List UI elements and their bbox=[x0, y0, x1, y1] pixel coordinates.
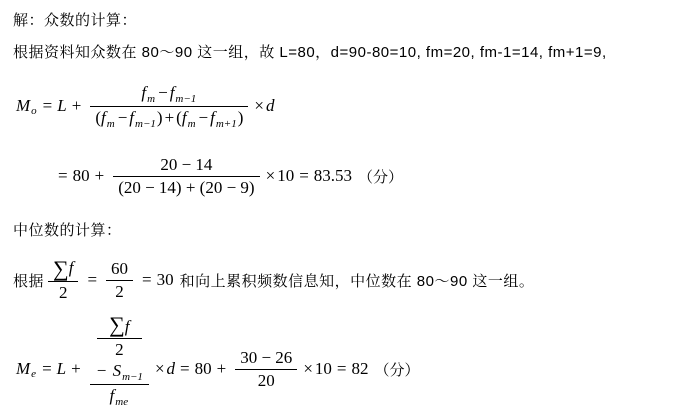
math-sub: m−1 bbox=[134, 118, 157, 130]
median-heading: 中位数的计算： bbox=[13, 219, 122, 240]
times-op: × bbox=[264, 166, 278, 186]
solution-document: 解：众数的计算： 根据资料知众数在 80～90 这一组，故 L=80，d=90-… bbox=[0, 0, 679, 412]
numerator: ∑f bbox=[48, 257, 78, 281]
math-value: 80 bbox=[195, 359, 212, 379]
denominator: (20 − 14) + (20 − 9) bbox=[113, 177, 259, 199]
math-var-f: f bbox=[125, 317, 130, 336]
math-sub: m bbox=[146, 93, 156, 105]
numerator: 60 bbox=[106, 258, 133, 280]
plus-op: + bbox=[90, 166, 110, 186]
plus-op: + bbox=[67, 96, 87, 116]
fraction: ∑f 2 bbox=[48, 257, 78, 304]
paren: ) bbox=[157, 108, 163, 127]
equals-op: = bbox=[294, 166, 314, 186]
reason-suffix: 和向上累积频数信息知，中位数在 80～90 这一组。 bbox=[174, 270, 535, 291]
minus-op: − bbox=[197, 108, 211, 127]
mode-symbol: M bbox=[16, 96, 30, 116]
math-var-d: d bbox=[266, 96, 275, 116]
math-value: 80 bbox=[73, 166, 90, 186]
math-sub: m−1 bbox=[121, 371, 144, 383]
denominator: (fm−fm−1)+(fm−fm+1) bbox=[90, 107, 248, 131]
math-sub: m+1 bbox=[215, 118, 238, 130]
plus-op: + bbox=[66, 359, 86, 379]
fraction: 60 2 bbox=[106, 258, 133, 303]
math-sub: m bbox=[187, 118, 197, 130]
numerator: 20 − 14 bbox=[155, 154, 217, 176]
math-var-f: f bbox=[69, 258, 74, 277]
times-op: × bbox=[301, 359, 315, 379]
math-value: 10 bbox=[315, 359, 332, 379]
denominator: 20 bbox=[253, 370, 280, 392]
equals-op: = bbox=[38, 96, 58, 116]
unit-label: （分） bbox=[369, 359, 420, 380]
fraction: ∑f 2 − Sm−1 fme bbox=[90, 312, 149, 409]
result-value: 82 bbox=[352, 359, 369, 379]
math-value: 30 bbox=[157, 270, 174, 290]
math-sub: m bbox=[106, 118, 116, 130]
denominator: 2 bbox=[110, 281, 129, 303]
equals-op: = bbox=[332, 359, 352, 379]
math-var-d: d bbox=[167, 359, 176, 379]
denominator: 2 bbox=[110, 339, 129, 361]
paren: ) bbox=[238, 108, 244, 127]
equals-op: = bbox=[37, 359, 57, 379]
plus-op: + bbox=[212, 359, 232, 379]
reason-prefix: 根据 bbox=[13, 270, 44, 291]
median-formula: Me = L + ∑f 2 − Sm−1 fme × d = 80 + 30 −… bbox=[16, 336, 420, 402]
numerator: ∑f bbox=[104, 313, 134, 338]
median-symbol: M bbox=[16, 359, 30, 379]
plus-op: + bbox=[163, 108, 177, 127]
math-value: 10 bbox=[277, 166, 294, 186]
math-var-L: L bbox=[57, 96, 66, 116]
fraction: 30 − 26 20 bbox=[235, 347, 297, 392]
minus-op: − bbox=[116, 108, 130, 127]
equals-op: = bbox=[82, 270, 102, 290]
equals-op: = bbox=[53, 166, 73, 186]
minus-op: − bbox=[156, 83, 170, 102]
fraction: 20 − 14 (20 − 14) + (20 − 9) bbox=[113, 154, 259, 199]
times-op: × bbox=[252, 96, 266, 116]
fraction: fm−fm−1 (fm−fm−1)+(fm−fm+1) bbox=[90, 82, 248, 131]
sigma-symbol: ∑ bbox=[109, 312, 125, 337]
mode-evaluation: = 80 + 20 − 14 (20 − 14) + (20 − 9) × 10… bbox=[53, 150, 403, 202]
median-symbol-sub: e bbox=[30, 368, 37, 380]
math-sub: m−1 bbox=[174, 93, 197, 105]
denominator: 2 bbox=[54, 282, 73, 304]
denominator: fme bbox=[105, 385, 135, 409]
minus-op: − bbox=[95, 361, 109, 380]
mode-formula: Mo = L + fm−fm−1 (fm−fm−1)+(fm−fm+1) × d bbox=[16, 80, 274, 132]
unit-label: （分） bbox=[352, 166, 403, 187]
math-sub: me bbox=[114, 396, 129, 408]
math-var-f: f bbox=[110, 386, 115, 405]
equals-op: = bbox=[137, 270, 157, 290]
numerator: fm−fm−1 bbox=[136, 82, 202, 106]
numerator: 30 − 26 bbox=[235, 347, 297, 369]
solution-heading: 解：众数的计算： bbox=[13, 9, 137, 30]
numerator: ∑f 2 − Sm−1 bbox=[90, 312, 149, 384]
median-reason-line: 根据 ∑f 2 = 60 2 = 30 和向上累积频数信息知，中位数在 80～9… bbox=[13, 257, 534, 303]
math-var-f: f bbox=[182, 108, 187, 127]
math-var-L: L bbox=[57, 359, 66, 379]
sigma-symbol: ∑ bbox=[53, 256, 69, 281]
mode-symbol-sub: o bbox=[30, 105, 38, 117]
inner-fraction: ∑f 2 bbox=[97, 313, 142, 361]
times-op: × bbox=[153, 359, 167, 379]
equals-op: = bbox=[175, 359, 195, 379]
mode-given-line: 根据资料知众数在 80～90 这一组，故 L=80，d=90-80=10, fm… bbox=[13, 41, 607, 62]
result-value: 83.53 bbox=[314, 166, 352, 186]
